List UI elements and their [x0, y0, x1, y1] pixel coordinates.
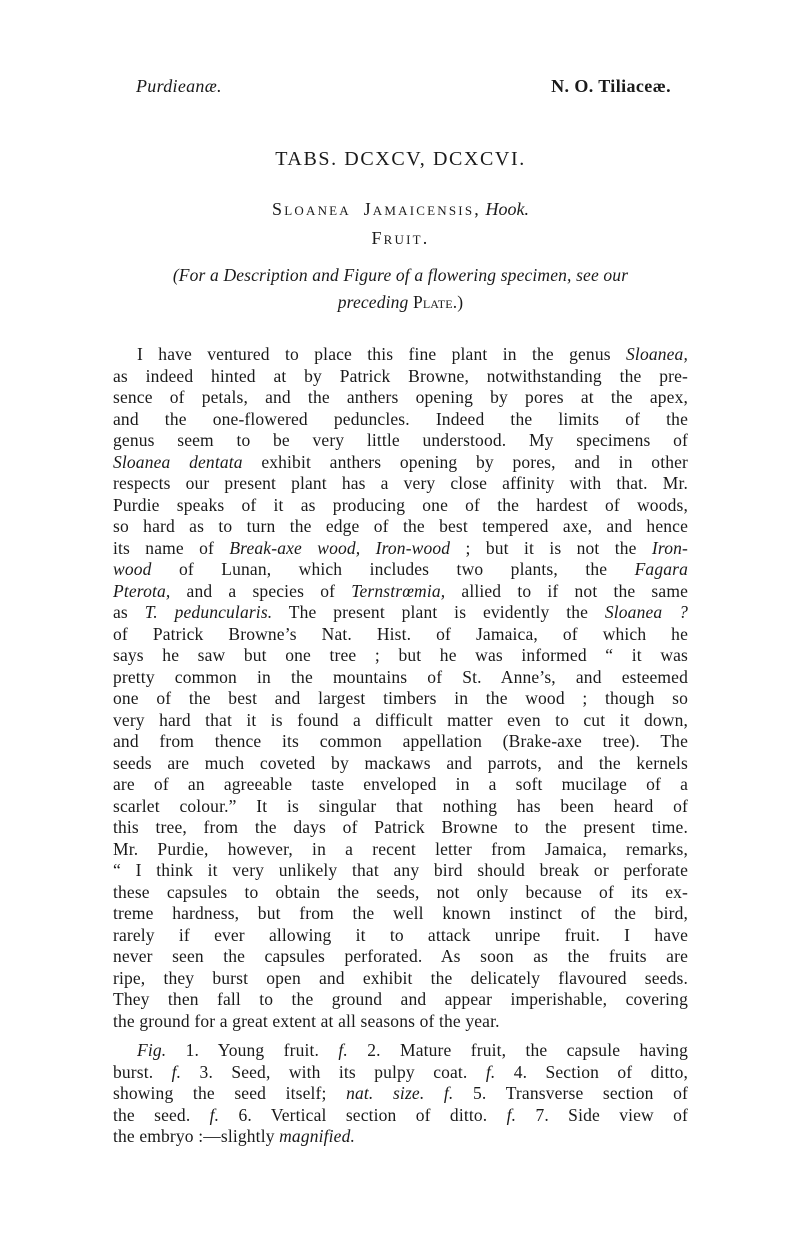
text-run: the seed.: [113, 1105, 210, 1125]
text-run: one of the best and largest timbers in t…: [113, 688, 688, 708]
text-run: the ground for a great extent at all sea…: [113, 1011, 500, 1031]
text-run: ; but it is not the: [450, 538, 652, 558]
text-run: 6. Vertical section of ditto.: [219, 1105, 506, 1125]
text-line: are of an agreeable taste enveloped in a…: [113, 774, 688, 796]
text-run: Sloanea ?: [605, 602, 688, 622]
text-run: f.: [172, 1062, 182, 1082]
text-line: “ I think it very unlikely that any bird…: [113, 860, 688, 882]
text-line: never seen the capsules perforated. As s…: [113, 946, 688, 968]
text-run: Pterota,: [113, 581, 170, 601]
text-run: Iron-: [652, 538, 688, 558]
text-line: I have ventured to place this fine plant…: [113, 344, 688, 366]
text-run: burst.: [113, 1062, 172, 1082]
running-head: Purdieanæ. N. O. Tiliaceæ.: [136, 76, 671, 97]
text-run: showing the seed itself;: [113, 1083, 346, 1103]
text-run: Fagara: [635, 559, 688, 579]
text-line: sence of petals, and the anthers opening…: [113, 387, 688, 409]
text-line: as T. peduncularis. The present plant is…: [113, 602, 688, 624]
main-text: I have ventured to place this fine plant…: [113, 344, 688, 1032]
text-run: scarlet colour.” It is singular that not…: [113, 796, 688, 816]
text-line: and the one-flowered peduncles. Indeed t…: [113, 409, 688, 431]
description-note: (For a Description and Figure of a flowe…: [113, 262, 688, 316]
text-line: treme hardness, but from the well known …: [113, 903, 688, 925]
species-heading: Sloanea Jamaicensis, Hook.: [113, 199, 688, 220]
text-run: rarely if ever allowing it to attack unr…: [113, 925, 688, 945]
section-heading-fruit: Fruit.: [113, 228, 688, 249]
text-run: Break-axe wood, Iron-wood: [229, 538, 450, 558]
text-line: and from thence its common appellation (…: [113, 731, 688, 753]
text-run: ripe, they burst open and exhibit the de…: [113, 968, 688, 988]
text-run: Plate.): [413, 292, 463, 312]
text-line: the seed. f. 6. Vertical section of ditt…: [113, 1105, 688, 1127]
text-run: and the one-flowered peduncles. Indeed t…: [113, 409, 688, 429]
running-head-left: Purdieanæ.: [136, 76, 222, 97]
text-run: Fig.: [137, 1040, 166, 1060]
text-line: its name of Break-axe wood, Iron-wood ; …: [113, 538, 688, 560]
text-line: preceding Plate.): [113, 289, 688, 316]
text-run: preceding: [338, 292, 413, 312]
text-run: Mr. Purdie, however, in a recent letter …: [113, 839, 688, 859]
text-line: as indeed hinted at by Patrick Browne, n…: [113, 366, 688, 388]
text-run: treme hardness, but from the well known …: [113, 903, 688, 923]
text-run: Sloanea Jamaicensis,: [272, 199, 481, 219]
text-run: 5. Transverse section of: [453, 1083, 688, 1103]
text-run: says he saw but one tree ; but he was in…: [113, 645, 688, 665]
text-line: genus seem to be very little understood.…: [113, 430, 688, 452]
text-run: f.: [486, 1062, 496, 1082]
text-line: burst. f. 3. Seed, with its pulpy coat. …: [113, 1062, 688, 1084]
text-run: and a species of: [170, 581, 351, 601]
text-run: magnified.: [279, 1126, 355, 1146]
plate-title: TABS. DCXCV, DCXCVI.: [113, 148, 688, 171]
text-line: one of the best and largest timbers in t…: [113, 688, 688, 710]
text-run: as: [113, 602, 145, 622]
text-run: f.: [338, 1040, 348, 1060]
text-run: are of an agreeable taste enveloped in a…: [113, 774, 688, 794]
text-run: of Patrick Browne’s Nat. Hist. of Jamaic…: [113, 624, 688, 644]
text-run: Purdie speaks of it as producing one of …: [113, 495, 688, 515]
text-run: the embryo :—slightly: [113, 1126, 279, 1146]
text-run: 2. Mature fruit, the capsule having: [348, 1040, 688, 1060]
text-run: allied to if not the same: [445, 581, 688, 601]
text-line: rarely if ever allowing it to attack unr…: [113, 925, 688, 947]
text-run: this tree, from the days of Patrick Brow…: [113, 817, 688, 837]
text-run: of Lunan, which includes two plants, the: [152, 559, 635, 579]
text-run: I have ventured to place this fine plant…: [137, 344, 626, 364]
figure-caption: Fig. 1. Young fruit. f. 2. Mature fruit,…: [113, 1040, 688, 1148]
text-run: sence of petals, and the anthers opening…: [113, 387, 688, 407]
text-run: seeds are much coveted by mackaws and pa…: [113, 753, 688, 773]
text-run: T. peduncularis.: [145, 602, 273, 622]
text-line: so hard as to turn the edge of the best …: [113, 516, 688, 538]
text-run: 7. Side view of: [516, 1105, 688, 1125]
text-run: 4. Section of ditto,: [495, 1062, 688, 1082]
text-run: [424, 1083, 444, 1103]
text-run: (For a Description and Figure of a flowe…: [173, 265, 628, 285]
text-line: They then fall to the ground and appear …: [113, 989, 688, 1011]
text-line: wood of Lunan, which includes two plants…: [113, 559, 688, 581]
text-run: genus seem to be very little understood.…: [113, 430, 688, 450]
text-run: The present plant is evidently the: [272, 602, 605, 622]
text-line: respects our present plant has a very cl…: [113, 473, 688, 495]
book-page-scan: Purdieanæ. N. O. Tiliaceæ. TABS. DCXCV, …: [0, 0, 800, 1237]
text-line: ripe, they burst open and exhibit the de…: [113, 968, 688, 990]
text-line: seeds are much coveted by mackaws and pa…: [113, 753, 688, 775]
text-run: Sloanea dentata: [113, 452, 243, 472]
text-run: so hard as to turn the edge of the best …: [113, 516, 688, 536]
text-line: Fig. 1. Young fruit. f. 2. Mature fruit,…: [113, 1040, 688, 1062]
text-line: Purdie speaks of it as producing one of …: [113, 495, 688, 517]
text-run: f.: [210, 1105, 220, 1125]
text-line: of Patrick Browne’s Nat. Hist. of Jamaic…: [113, 624, 688, 646]
text-line: Sloanea dentata exhibit anthers opening …: [113, 452, 688, 474]
text-run: and from thence its common appellation (…: [113, 731, 688, 751]
text-run: exhibit anthers opening by pores, and in…: [243, 452, 688, 472]
text-line: Mr. Purdie, however, in a recent letter …: [113, 839, 688, 861]
text-line: this tree, from the days of Patrick Brow…: [113, 817, 688, 839]
running-head-right: N. O. Tiliaceæ.: [551, 76, 671, 97]
text-run: f.: [507, 1105, 517, 1125]
text-line: the ground for a great extent at all sea…: [113, 1011, 688, 1033]
text-run: They then fall to the ground and appear …: [113, 989, 688, 1009]
text-run: respects our present plant has a very cl…: [113, 473, 688, 493]
text-run: its name of: [113, 538, 229, 558]
text-line: these capsules to obtain the seeds, not …: [113, 882, 688, 904]
text-line: scarlet colour.” It is singular that not…: [113, 796, 688, 818]
text-run: nat. size.: [346, 1083, 424, 1103]
text-run: Ternstrœmia,: [351, 581, 445, 601]
text-run: Fruit.: [371, 228, 429, 248]
text-line: pretty common in the mountains of St. An…: [113, 667, 688, 689]
text-run: these capsules to obtain the seeds, not …: [113, 882, 688, 902]
text-line: very hard that it is found a difficult m…: [113, 710, 688, 732]
text-run: 3. Seed, with its pulpy coat.: [181, 1062, 486, 1082]
text-run: “ I think it very unlikely that any bird…: [113, 860, 688, 880]
text-run: 1. Young fruit.: [166, 1040, 338, 1060]
text-line: Pterota, and a species of Ternstrœmia, a…: [113, 581, 688, 603]
text-run: pretty common in the mountains of St. An…: [113, 667, 688, 687]
text-line: says he saw but one tree ; but he was in…: [113, 645, 688, 667]
text-run: as indeed hinted at by Patrick Browne, n…: [113, 366, 688, 386]
text-run: never seen the capsules perforated. As s…: [113, 946, 688, 966]
text-line: (For a Description and Figure of a flowe…: [113, 262, 688, 289]
text-run: Sloanea,: [626, 344, 688, 364]
text-run: Hook.: [481, 199, 529, 219]
text-run: very hard that it is found a difficult m…: [113, 710, 688, 730]
text-line: the embryo :—slightly magnified.: [113, 1126, 688, 1148]
text-line: showing the seed itself; nat. size. f. 5…: [113, 1083, 688, 1105]
text-run: wood: [113, 559, 152, 579]
